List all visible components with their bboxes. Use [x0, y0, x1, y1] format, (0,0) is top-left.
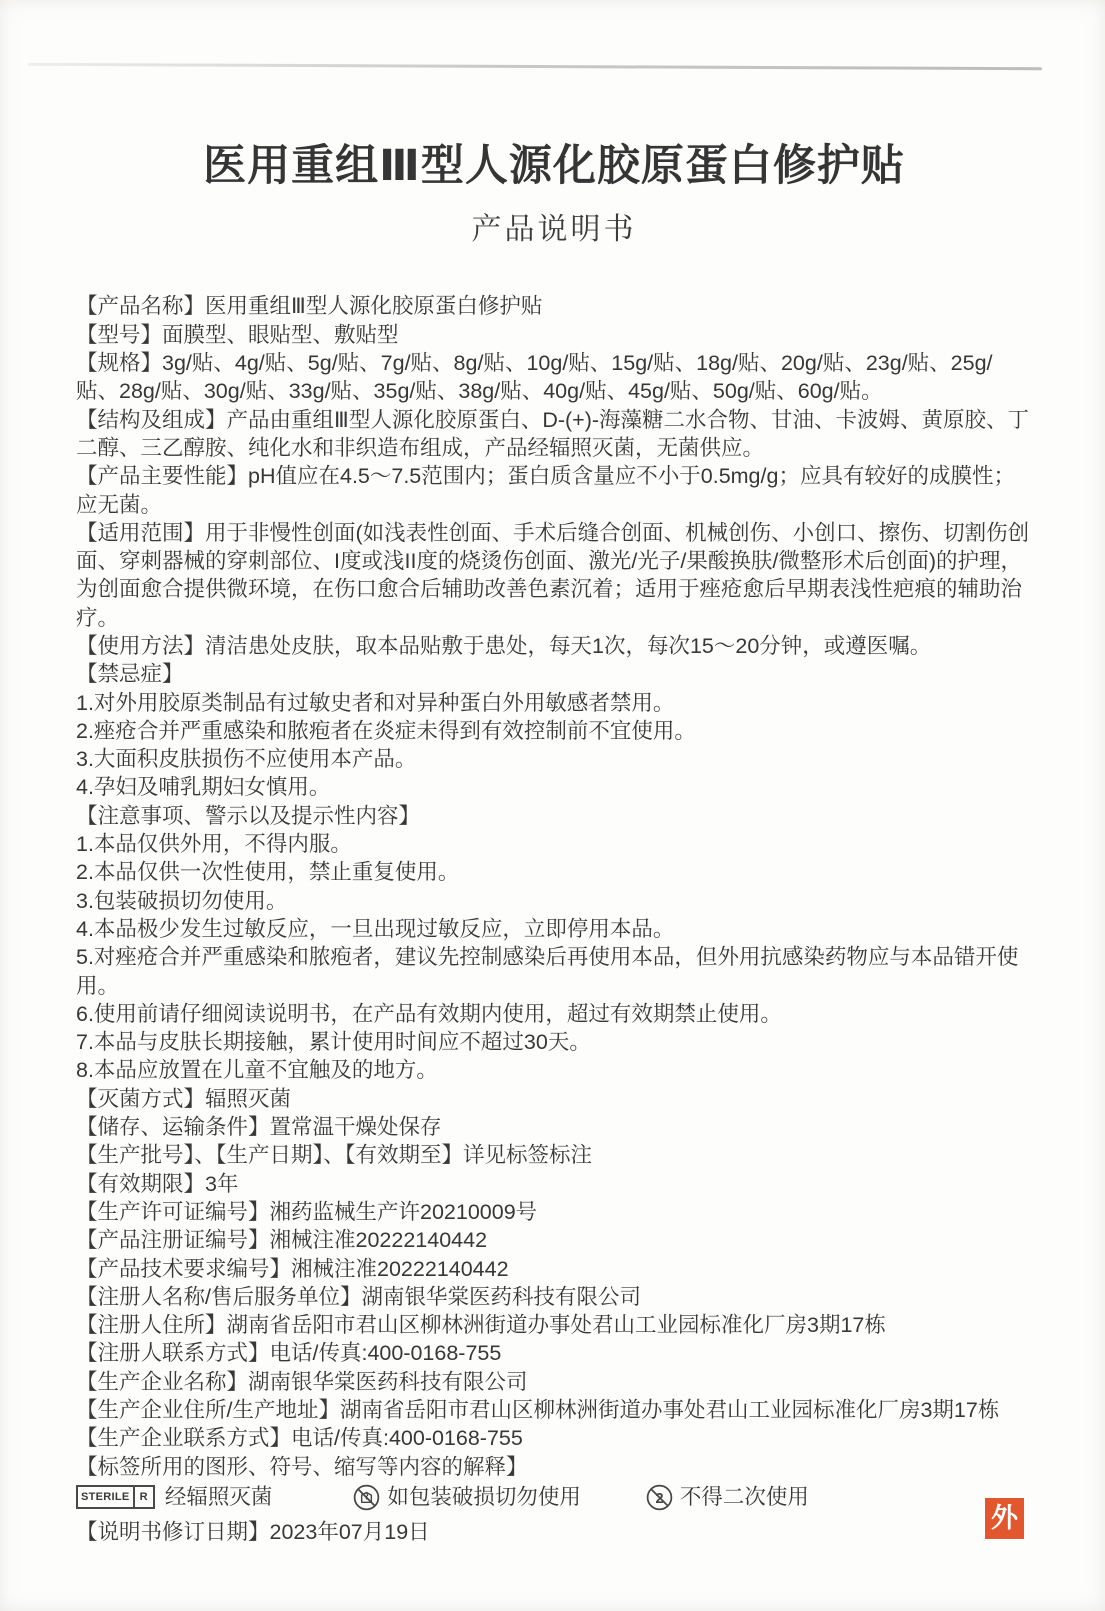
damaged-package-label: 如包装破损切勿使用 [387, 1483, 581, 1511]
doc-paragraph: 2.痤疮合并严重感染和脓疱者在炎症未得到有效控制前不宜使用。 [76, 717, 1032, 745]
doc-paragraph: 【禁忌症】 [76, 660, 1032, 688]
doc-paragraph: 【使用方法】清洁患处皮肤，取本品贴敷于患处，每天1次，每次15～20分钟，或遵医… [76, 632, 1032, 660]
doc-paragraph: 【注册人名称/售后服务单位】湖南银华棠医药科技有限公司 [76, 1283, 1032, 1311]
doc-paragraph: 【产品技术要求编号】湘械注准20222140442 [76, 1255, 1032, 1283]
doc-paragraph: 【生产企业名称】湖南银华棠医药科技有限公司 [76, 1368, 1032, 1396]
doc-paragraph: 【生产企业住所/生产地址】湖南省岳阳市君山区柳林洲街道办事处君山工业园标准化厂房… [76, 1396, 1032, 1424]
doc-paragraph: 【结构及组成】产品由重组Ⅲ型人源化胶原蛋白、D-(+)-海藻糖二水合物、甘油、卡… [76, 406, 1032, 463]
doc-paragraph: 【产品主要性能】pH值应在4.5～7.5范围内；蛋白质含量应不小于0.5mg/g… [76, 462, 1032, 519]
doc-paragraph: 3.包装破损切勿使用。 [76, 887, 1032, 915]
damaged-package-icon [352, 1483, 381, 1512]
doc-paragraph: 【灭菌方式】辐照灭菌 [76, 1085, 1032, 1113]
doc-paragraph: 1.本品仅供外用，不得内服。 [76, 830, 1032, 858]
doc-paragraph: 4.孕妇及哺乳期妇女慎用。 [76, 773, 1032, 801]
doc-paragraph: 【注册人住所】湖南省岳阳市君山区柳林洲街道办事处君山工业园标准化厂房3期17栋 [76, 1311, 1032, 1339]
doc-paragraph: 【有效期限】3年 [76, 1170, 1032, 1198]
no-reuse-label: 不得二次使用 [680, 1483, 809, 1511]
no-reuse-digit: 2 [655, 1491, 663, 1507]
doc-paragraph: 【注意事项、警示以及提示性内容】 [76, 802, 1032, 830]
doc-paragraph: 【储存、运输条件】置常温干燥处保存 [76, 1113, 1032, 1141]
doc-paragraph: 1.对外用胶原类制品有过敏史者和对异种蛋白外用敏感者禁用。 [76, 689, 1032, 717]
product-title: 医用重组Ⅲ型人源化胶原蛋白修护贴 [76, 142, 1032, 191]
doc-paragraph: 【生产许可证编号】湘药监械生产许20210009号 [76, 1198, 1032, 1226]
doc-paragraph: 【规格】3g/贴、4g/贴、5g/贴、7g/贴、8g/贴、10g/贴、15g/贴… [76, 349, 1032, 406]
doc-paragraph: 【产品注册证编号】湘械注准20222140442 [76, 1226, 1032, 1254]
no-reuse-group: 2 不得二次使用 [645, 1483, 809, 1512]
outer-use-badge: 外 [985, 1498, 1024, 1539]
sterile-r-icon: STERILER [76, 1485, 155, 1509]
doc-paragraph: 【型号】面膜型、眼贴型、敷贴型 [76, 321, 1032, 349]
doc-paragraph: 【标签所用的图形、符号、缩写等内容的解释】 [76, 1453, 1032, 1481]
sterile-label: 经辐照灭菌 [165, 1483, 273, 1511]
doc-body: 【产品名称】医用重组Ⅲ型人源化胶原蛋白修护贴【型号】面膜型、眼贴型、敷贴型【规格… [76, 292, 1032, 1546]
doc-paragraph: 3.大面积皮肤损伤不应使用本产品。 [76, 745, 1032, 773]
doc-paragraph: 5.对痤疮合并严重感染和脓疱者，建议先控制感染后再使用本品，但外用抗感染药物应与… [76, 943, 1032, 1000]
scanned-page: 医用重组Ⅲ型人源化胶原蛋白修护贴 产品说明书 【产品名称】医用重组Ⅲ型人源化胶原… [0, 0, 1105, 1611]
sterile-box-word: STERILE [78, 1487, 133, 1507]
scan-edge-line [28, 63, 1042, 70]
doc-paragraph: 4.本品极少发生过敏反应，一旦出现过敏反应，立即停用本品。 [76, 915, 1032, 943]
sterile-box-r: R [133, 1487, 153, 1507]
paragraph-list: 【产品名称】医用重组Ⅲ型人源化胶原蛋白修护贴【型号】面膜型、眼贴型、敷贴型【规格… [76, 292, 1032, 1480]
doc-paragraph: 【生产企业联系方式】电话/传真:400-0168-755 [76, 1424, 1032, 1452]
symbols-row: STERILER 经辐照灭菌 如包装破损切勿使用 [76, 1482, 1032, 1513]
doc-paragraph: 8.本品应放置在儿童不宜触及的地方。 [76, 1056, 1032, 1084]
sterile-symbol-group: STERILER 经辐照灭菌 [76, 1483, 272, 1511]
document-subtitle: 产品说明书 [76, 204, 1032, 248]
no-reuse-icon: 2 [645, 1483, 674, 1512]
document: 医用重组Ⅲ型人源化胶原蛋白修护贴 产品说明书 【产品名称】医用重组Ⅲ型人源化胶原… [76, 142, 1032, 1546]
revision-date-line: 【说明书修订日期】2023年07月19日 [76, 1518, 1032, 1546]
damaged-package-group: 如包装破损切勿使用 [352, 1483, 581, 1512]
doc-paragraph: 【注册人联系方式】电话/传真:400-0168-755 [76, 1339, 1032, 1367]
doc-paragraph: 6.使用前请仔细阅读说明书，在产品有效期内使用，超过有效期禁止使用。 [76, 1000, 1032, 1028]
doc-paragraph: 【适用范围】用于非慢性创面(如浅表性创面、手术后缝合创面、机械创伤、小创口、擦伤… [76, 519, 1032, 632]
doc-paragraph: 7.本品与皮肤长期接触，累计使用时间应不超过30天。 [76, 1028, 1032, 1056]
doc-paragraph: 【产品名称】医用重组Ⅲ型人源化胶原蛋白修护贴 [76, 292, 1032, 320]
doc-paragraph: 2.本品仅供一次性使用，禁止重复使用。 [76, 858, 1032, 886]
doc-paragraph: 【生产批号】、【生产日期】、【有效期至】详见标签标注 [76, 1141, 1032, 1169]
